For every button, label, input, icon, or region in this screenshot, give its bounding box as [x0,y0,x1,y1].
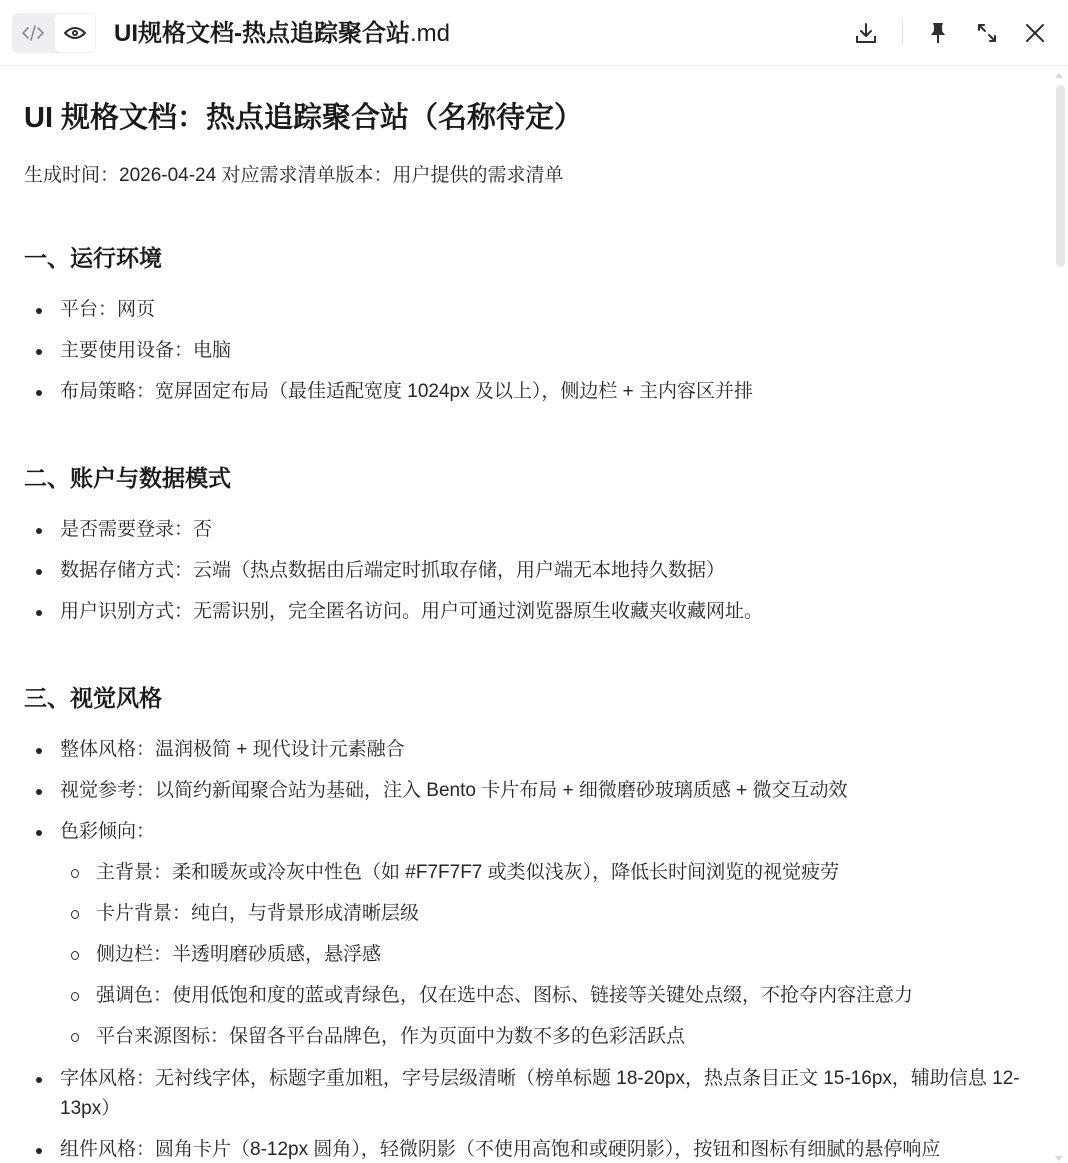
close-icon [1024,22,1046,44]
scroll-up-arrow-icon[interactable] [1055,73,1063,78]
code-icon [21,23,45,43]
scrollbar-thumb[interactable] [1056,85,1065,267]
scroll-down-arrow-icon[interactable] [1055,1156,1063,1161]
source-view-button[interactable] [12,13,54,53]
list-item: 整体风格：温润极简 + 现代设计元素融合 [60,735,405,765]
section-heading-visual: 三、视觉风格 [24,680,162,713]
list-item: 视觉参考：以简约新闻聚合站为基础，注入 Bento 卡片布局 + 细微磨砂玻璃质… [60,776,848,806]
document-viewer-header: UI规格文档-热点追踪聚合站.md [0,0,1068,66]
section-heading-account: 二、账户与数据模式 [24,460,231,493]
sub-list-item: 侧边栏：半透明磨砂质感，悬浮感 [96,940,381,970]
document-heading: UI 规格文档：热点追踪聚合站（名称待定） [24,95,583,136]
view-mode-toggle [12,13,96,53]
close-button[interactable] [1020,18,1050,48]
list-item: 是否需要登录：否 [60,515,212,545]
sub-list-item: 平台来源图标：保留各平台品牌色，作为页面中为数不多的色彩活跃点 [96,1022,685,1052]
document-title-name: UI规格文档-热点追踪聚合站 [114,20,410,47]
vertical-scrollbar[interactable] [1050,67,1068,1163]
sub-list-item: 主背景：柔和暖灰或冷灰中性色（如 #F7F7F7 或类似浅灰），降低长时间浏览的… [96,858,839,888]
document-meta: 生成时间：2026-04-24 对应需求清单版本：用户提供的需求清单 [24,160,563,187]
sub-list-item: 强调色：使用低饱和度的蓝或青绿色，仅在选中态、图标、链接等关键处点缀，不抢夺内容… [96,981,913,1011]
list-item: 色彩倾向： [60,817,155,847]
list-item: 组件风格：圆角卡片（8-12px 圆角），轻微阴影（不使用高饱和或硬阴影），按钮… [60,1135,940,1163]
document-title-extension: .md [410,20,450,47]
list-item: 数据存储方式：云端（热点数据由后端定时抓取存储，用户端无本地持久数据） [60,556,725,586]
download-button[interactable] [851,18,881,48]
download-icon [854,21,878,45]
list-item: 平台：网页 [60,295,155,325]
section-heading-runtime: 一、运行环境 [24,240,162,273]
expand-icon [976,22,998,44]
list-item: 主要使用设备：电脑 [60,336,231,366]
expand-button[interactable] [972,18,1002,48]
list-item: 布局策略：宽屏固定布局（最佳适配宽度 1024px 及以上），侧边栏 + 主内容… [60,377,753,407]
eye-icon [63,24,87,42]
pin-button[interactable] [923,18,953,48]
header-divider [902,20,903,45]
list-item: 字体风格：无衬线字体，标题字重加粗，字号层级清晰（榜单标题 18-20px，热点… [60,1064,1020,1124]
preview-view-button[interactable] [54,13,96,53]
document-title: UI规格文档-热点追踪聚合站.md [114,17,450,51]
pin-icon [927,21,949,45]
list-item: 用户识别方式：无需识别，完全匿名访问。用户可通过浏览器原生收藏夹收藏网址。 [60,597,763,627]
sub-list-item: 卡片背景：纯白，与背景形成清晰层级 [96,899,419,929]
